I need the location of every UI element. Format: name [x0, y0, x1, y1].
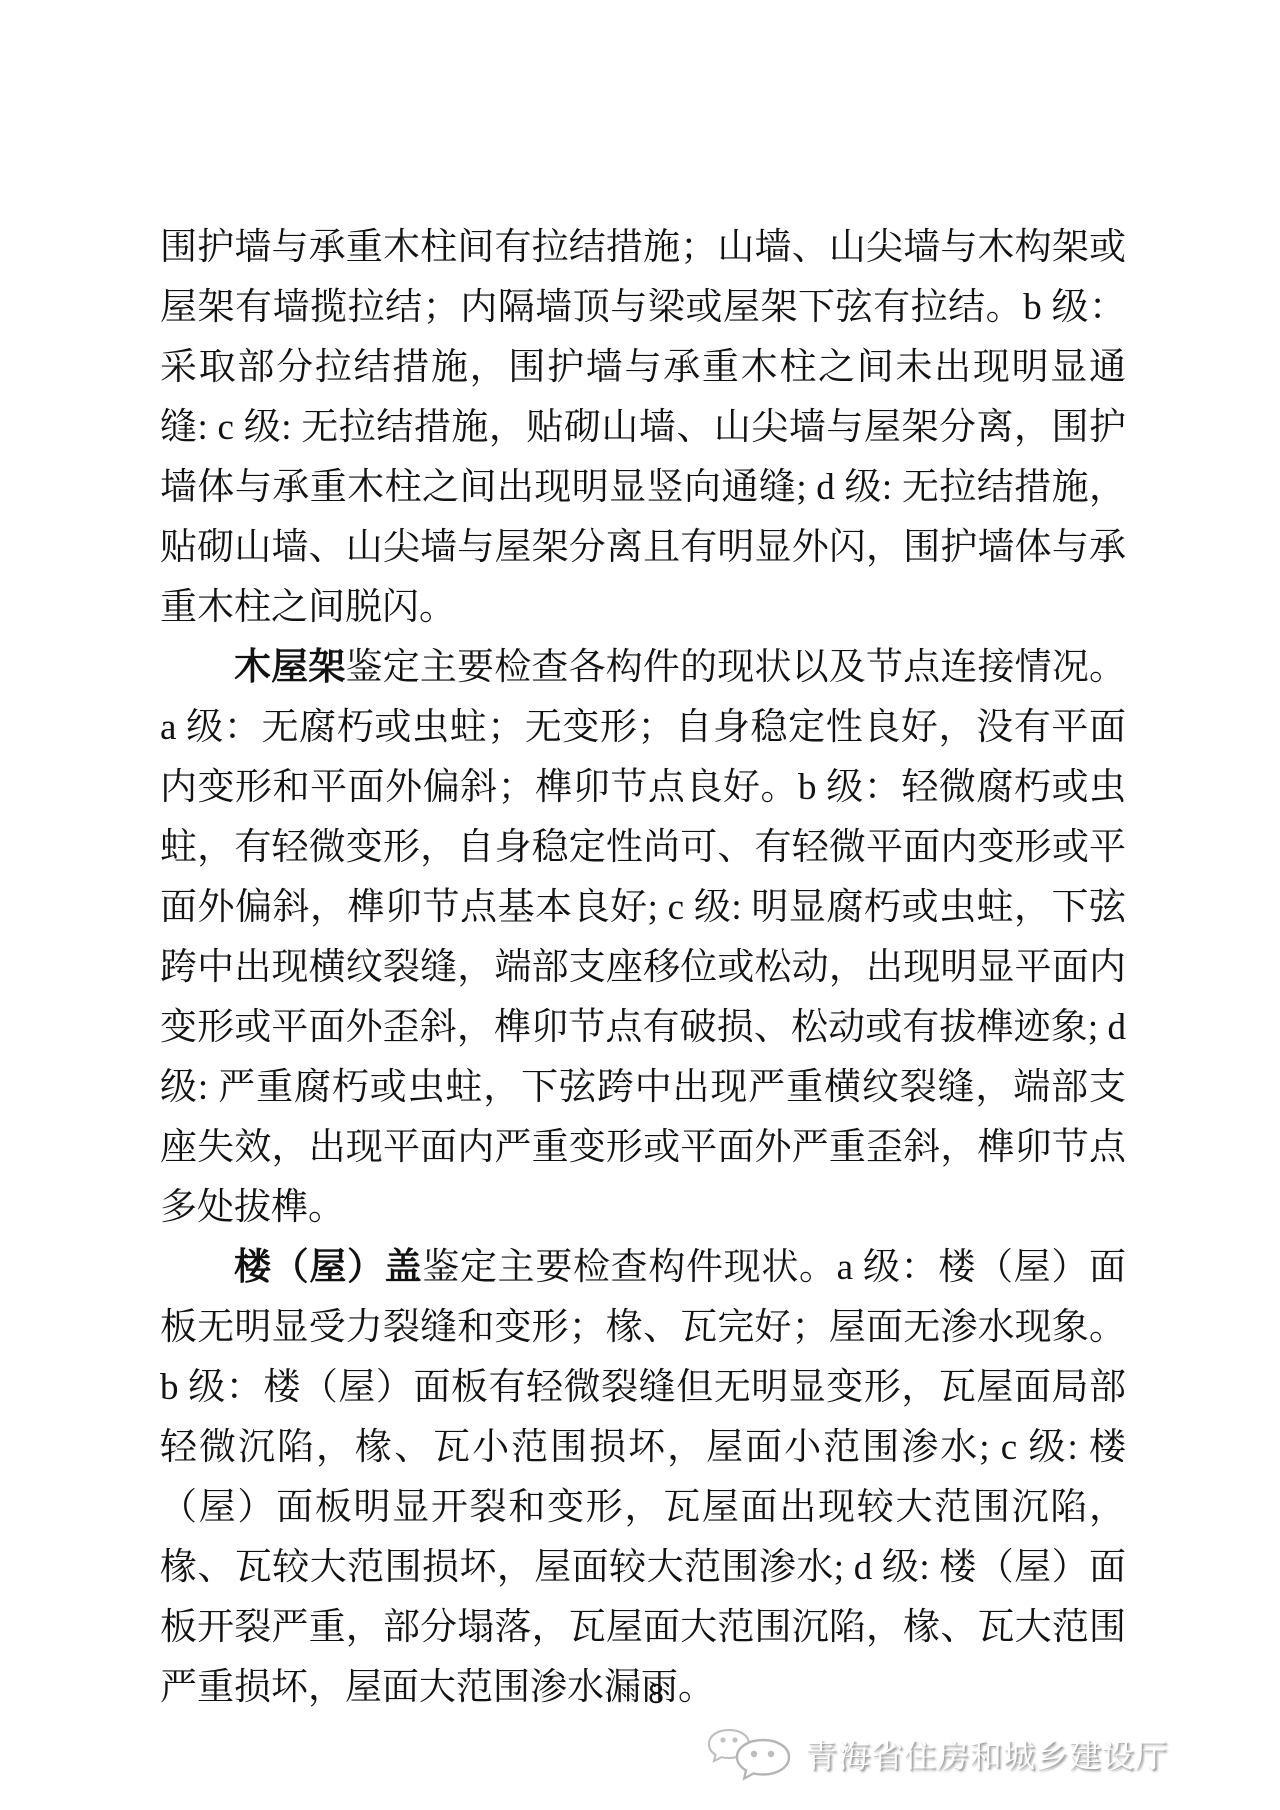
paragraph-floor-roof: 楼（屋）盖鉴定主要检查构件现状。a 级：楼（屋）面板无明显受力裂缝和变形；椽、瓦…: [160, 1238, 1126, 1718]
paragraph-lead: 楼（屋）盖: [234, 1247, 422, 1288]
paragraph-lead: 木屋架: [234, 647, 346, 688]
watermark-text: 青海省住房和城乡建设厅: [805, 1731, 1168, 1777]
page-number: 8: [0, 1678, 1280, 1710]
paragraph-wall-tie: 围护墙与承重木柱间有拉结措施；山墙、山尖墙与木构架或屋架有墙揽拉结；内隔墙顶与梁…: [160, 218, 1126, 638]
paragraph-text: 围护墙与承重木柱间有拉结措施；山墙、山尖墙与木构架或屋架有墙揽拉结；内隔墙顶与梁…: [160, 227, 1126, 628]
document-page: 围护墙与承重木柱间有拉结措施；山墙、山尖墙与木构架或屋架有墙揽拉结；内隔墙顶与梁…: [0, 0, 1280, 1810]
paragraph-wood-truss: 木屋架鉴定主要检查各构件的现状以及节点连接情况。a 级：无腐朽或虫蛀；无变形；自…: [160, 638, 1126, 1238]
watermark: 青海省住房和城乡建设厅: [701, 1726, 1168, 1782]
document-body: 围护墙与承重木柱间有拉结措施；山墙、山尖墙与木构架或屋架有墙揽拉结；内隔墙顶与梁…: [160, 218, 1126, 1718]
wechat-icon: [701, 1726, 797, 1782]
paragraph-text: 鉴定主要检查各构件的现状以及节点连接情况。a 级：无腐朽或虫蛀；无变形；自身稳定…: [160, 647, 1126, 1228]
paragraph-text: 鉴定主要检查构件现状。a 级：楼（屋）面板无明显受力裂缝和变形；椽、瓦完好；屋面…: [160, 1247, 1126, 1708]
